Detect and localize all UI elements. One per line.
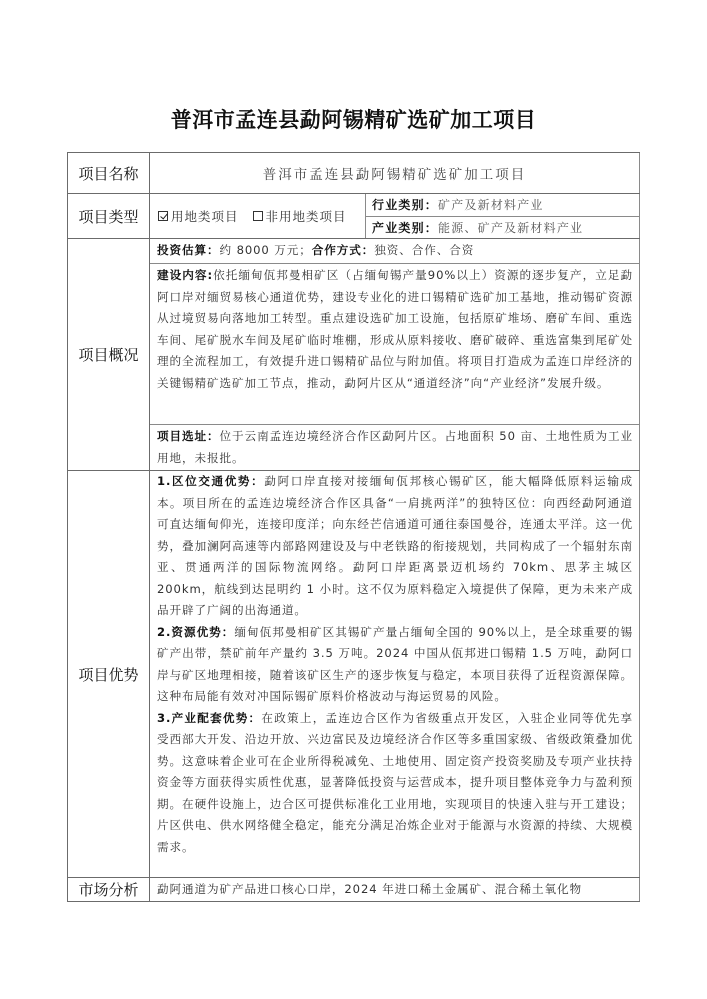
project-type-content: 用地类项目 非用地类项目 行业类别： 矿产及新材料产业 产业类别： 能源、矿产及…: [150, 194, 640, 238]
investment-label: 投资估算：: [157, 240, 219, 262]
industry-category-label: 行业类别：: [372, 196, 438, 213]
advantage-location: 1.区位交通优势：勐阿口岸直接对接缅甸佤邦核心锡矿区，能大幅降低原料运输成本。项…: [157, 471, 633, 622]
site-section: 项目选址：位于云南孟连边境经济合作区勐阿片区。占地面积 50 亩、土地性质为工业…: [150, 425, 639, 470]
advantage-industry: 3.产业配套优势：在政策上，孟连边合区作为省级重点开发区，入驻企业同等优先享受西…: [157, 708, 633, 859]
project-name-value: 普洱市孟连县勐阿锡精矿选矿加工项目: [150, 153, 640, 193]
investment-section: 投资估算： 约 8000 万元； 合作方式： 独资、合作、合资: [150, 239, 639, 264]
investment-value: 约 8000 万元；: [219, 240, 311, 262]
sector-category-value: 能源、矿产及新材料产业: [438, 219, 583, 236]
non-land-use-option[interactable]: 非用地类项目: [253, 207, 347, 225]
checked-box-icon: [158, 211, 168, 221]
advantage-text: 在政策上，孟连边合区作为省级重点开发区，入驻企业同等优先享受西部大开发、沿边开放…: [157, 711, 633, 854]
advantage-heading: 3.产业配套优势：: [157, 711, 261, 725]
market-analysis-row: 市场分析 勐阿通道为矿产品进口核心口岸，2024 年进口稀土金属矿、混合稀土氧化…: [68, 878, 640, 902]
project-info-table: 项目名称 普洱市孟连县勐阿锡精矿选矿加工项目 项目类型 用地类项目 非用地类项目…: [67, 152, 640, 902]
land-use-option[interactable]: 用地类项目: [158, 207, 239, 225]
market-analysis-text: 勐阿通道为矿产品进口核心口岸，2024 年进口稀土金属矿、混合稀土氧化物: [150, 878, 640, 901]
sector-category: 产业类别： 能源、矿产及新材料产业: [366, 217, 639, 239]
industry-category-value: 矿产及新材料产业: [438, 196, 544, 213]
project-overview-label: 项目概况: [68, 239, 150, 470]
project-advantages-row: 项目优势 1.区位交通优势：勐阿口岸直接对接缅甸佤邦核心锡矿区，能大幅降低原料运…: [68, 471, 640, 878]
project-overview-content: 投资估算： 约 8000 万元； 合作方式： 独资、合作、合资 建设内容:依托缅…: [150, 239, 640, 470]
cooperation-value: 独资、合作、合资: [374, 240, 474, 262]
project-overview-row: 项目概况 投资估算： 约 8000 万元； 合作方式： 独资、合作、合资 建设内…: [68, 239, 640, 471]
non-land-use-option-label: 非用地类项目: [266, 207, 347, 225]
site-text: 位于云南孟连边境经济合作区勐阿片区。占地面积 50 亩、土地性质为工业用地，未报…: [157, 429, 633, 465]
project-advantages-content: 1.区位交通优势：勐阿口岸直接对接缅甸佤邦核心锡矿区，能大幅降低原料运输成本。项…: [150, 471, 640, 877]
market-analysis-label: 市场分析: [68, 878, 150, 901]
page-title: 普洱市孟连县勐阿锡精矿选矿加工项目: [0, 104, 707, 134]
sector-category-label: 产业类别：: [372, 219, 438, 236]
project-type-row: 项目类型 用地类项目 非用地类项目 行业类别： 矿产及新材料产业 产业类别：: [68, 194, 640, 239]
advantage-heading: 2.资源优势：: [157, 625, 234, 639]
land-use-option-label: 用地类项目: [171, 207, 239, 225]
project-name-row: 项目名称 普洱市孟连县勐阿锡精矿选矿加工项目: [68, 153, 640, 194]
unchecked-box-icon: [253, 211, 263, 221]
project-name-label: 项目名称: [68, 153, 150, 193]
advantage-heading: 1.区位交通优势：: [157, 474, 264, 488]
project-categories: 行业类别： 矿产及新材料产业 产业类别： 能源、矿产及新材料产业: [366, 194, 639, 238]
industry-category: 行业类别： 矿产及新材料产业: [366, 194, 639, 217]
site-label: 项目选址：: [157, 429, 220, 443]
project-type-label: 项目类型: [68, 194, 150, 238]
project-type-options: 用地类项目 非用地类项目: [150, 194, 366, 238]
project-advantages-label: 项目优势: [68, 471, 150, 877]
construction-section: 建设内容:依托缅甸佤邦曼相矿区（占缅甸锡产量90%以上）资源的逐步复产，立足勐阿…: [150, 264, 639, 425]
advantage-resource: 2.资源优势：缅甸佤邦曼相矿区其锡矿产量占缅甸全国的 90%以上，是全球重要的锡…: [157, 622, 633, 708]
advantage-text: 勐阿口岸直接对接缅甸佤邦核心锡矿区，能大幅降低原料运输成本。项目所在的孟连边境经…: [157, 474, 633, 617]
cooperation-label: 合作方式：: [312, 240, 374, 262]
construction-text: 依托缅甸佤邦曼相矿区（占缅甸锡产量90%以上）资源的逐步复产，立足勐阿口岸对缅贸…: [157, 268, 633, 390]
construction-label: 建设内容:: [157, 268, 213, 282]
